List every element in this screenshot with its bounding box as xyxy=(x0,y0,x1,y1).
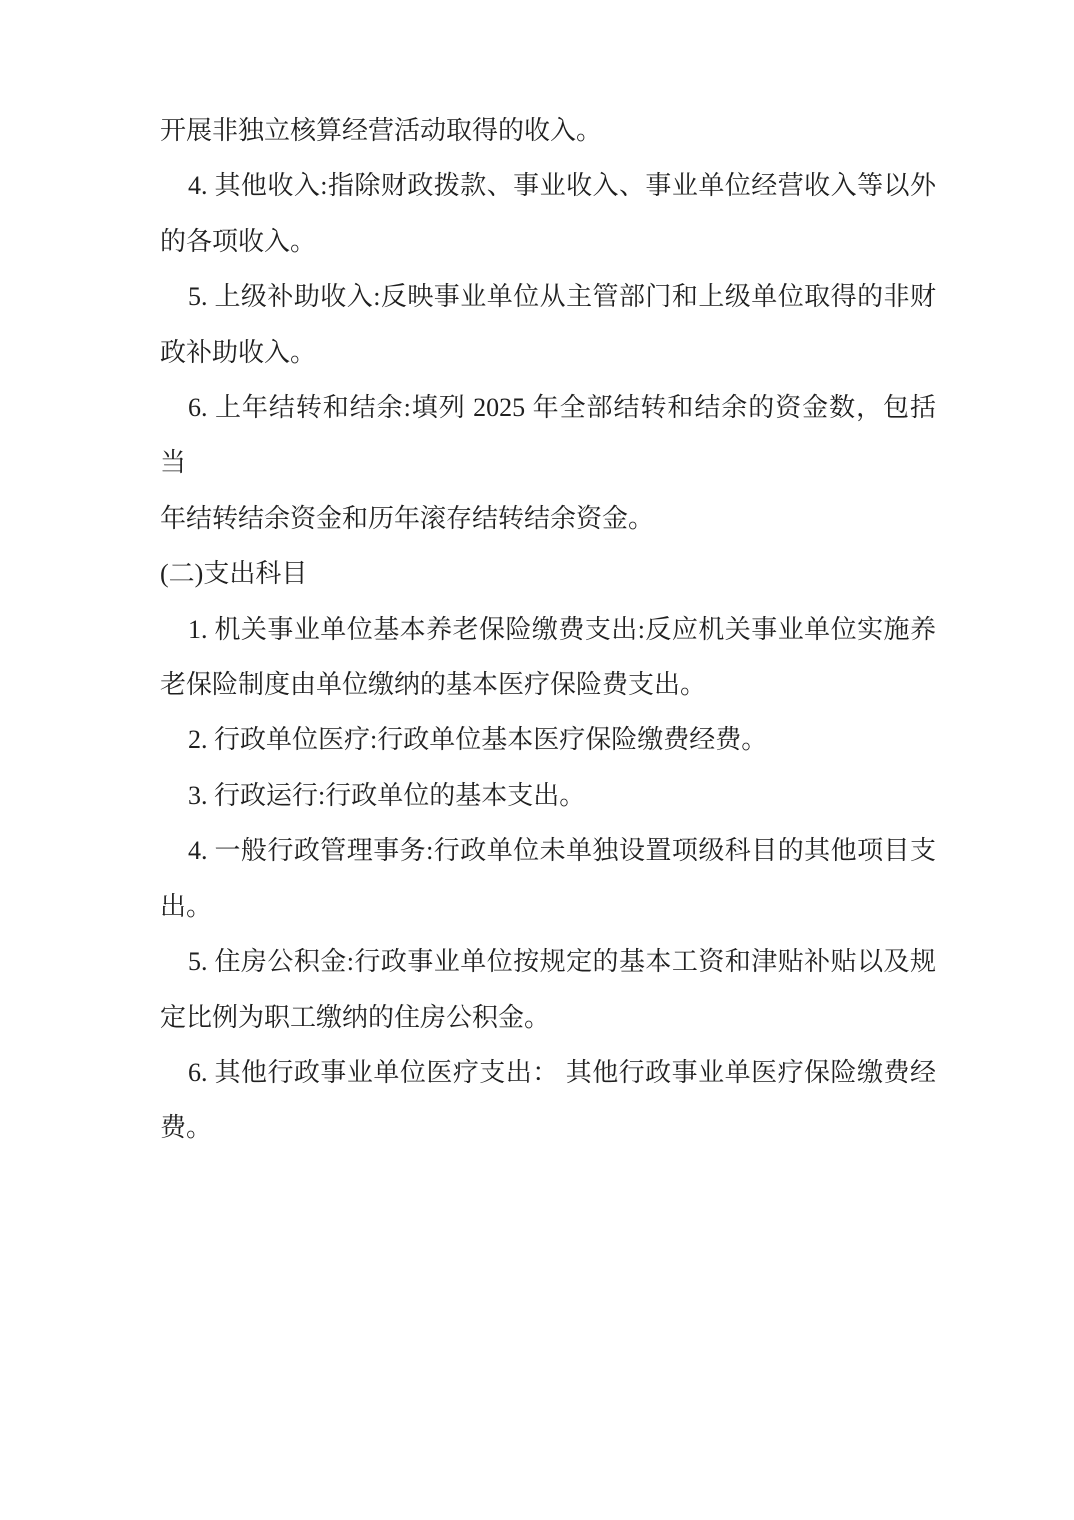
paragraph: 2. 行政单位医疗:行政单位基本医疗保险缴费经费。 xyxy=(160,712,936,767)
paragraph: 5. 上级补助收入:反映事业单位从主管部门和上级单位取得的非财政补助收入。 xyxy=(160,269,936,380)
paragraph: 4. 其他收入:指除财政拨款、事业收入、事业单位经营收入等以外的各项收入。 xyxy=(160,158,936,269)
text-line: (二)支出科目 xyxy=(160,546,936,601)
document-page: 开展非独立核算经营活动取得的收入。4. 其他收入:指除财政拨款、事业收入、事业单… xyxy=(0,0,1074,1520)
paragraph: 3. 行政运行:行政单位的基本支出。 xyxy=(160,768,936,823)
text-line: 3. 行政运行:行政单位的基本支出。 xyxy=(160,768,936,823)
text-line: 老保险制度由单位缴纳的基本医疗保险费支出。 xyxy=(160,657,936,712)
text-line: 年结转结余资金和历年滚存结转结余资金。 xyxy=(160,491,936,546)
text-line: 费。 xyxy=(160,1100,936,1155)
text-line: 6. 上年结转和结余:填列 2025 年全部结转和结余的资金数，包括当 xyxy=(160,380,936,491)
text-line: 6. 其他行政事业单位医疗支出： 其他行政事业单医疗保险缴费经 xyxy=(160,1045,936,1100)
text-line: 5. 住房公积金:行政事业单位按规定的基本工资和津贴补贴以及规 xyxy=(160,934,936,989)
document-text-block: 开展非独立核算经营活动取得的收入。4. 其他收入:指除财政拨款、事业收入、事业单… xyxy=(160,103,936,1156)
text-line: 定比例为职工缴纳的住房公积金。 xyxy=(160,990,936,1045)
text-line: 4. 其他收入:指除财政拨款、事业收入、事业单位经营收入等以外 xyxy=(160,158,936,213)
text-line: 的各项收入。 xyxy=(160,214,936,269)
paragraph: (二)支出科目 xyxy=(160,546,936,601)
text-line: 4. 一般行政管理事务:行政单位未单独设置项级科目的其他项目支 xyxy=(160,823,936,878)
paragraph: 6. 其他行政事业单位医疗支出： 其他行政事业单医疗保险缴费经费。 xyxy=(160,1045,936,1156)
text-line: 1. 机关事业单位基本养老保险缴费支出:反应机关事业单位实施养 xyxy=(160,602,936,657)
paragraph: 6. 上年结转和结余:填列 2025 年全部结转和结余的资金数，包括当年结转结余… xyxy=(160,380,936,546)
paragraph: 4. 一般行政管理事务:行政单位未单独设置项级科目的其他项目支出。 xyxy=(160,823,936,934)
text-line: 出。 xyxy=(160,879,936,934)
paragraph: 1. 机关事业单位基本养老保险缴费支出:反应机关事业单位实施养老保险制度由单位缴… xyxy=(160,602,936,713)
text-line: 2. 行政单位医疗:行政单位基本医疗保险缴费经费。 xyxy=(160,712,936,767)
text-line: 政补助收入。 xyxy=(160,325,936,380)
text-line: 开展非独立核算经营活动取得的收入。 xyxy=(160,103,936,158)
paragraph: 开展非独立核算经营活动取得的收入。 xyxy=(160,103,936,158)
text-line: 5. 上级补助收入:反映事业单位从主管部门和上级单位取得的非财 xyxy=(160,269,936,324)
paragraph: 5. 住房公积金:行政事业单位按规定的基本工资和津贴补贴以及规定比例为职工缴纳的… xyxy=(160,934,936,1045)
